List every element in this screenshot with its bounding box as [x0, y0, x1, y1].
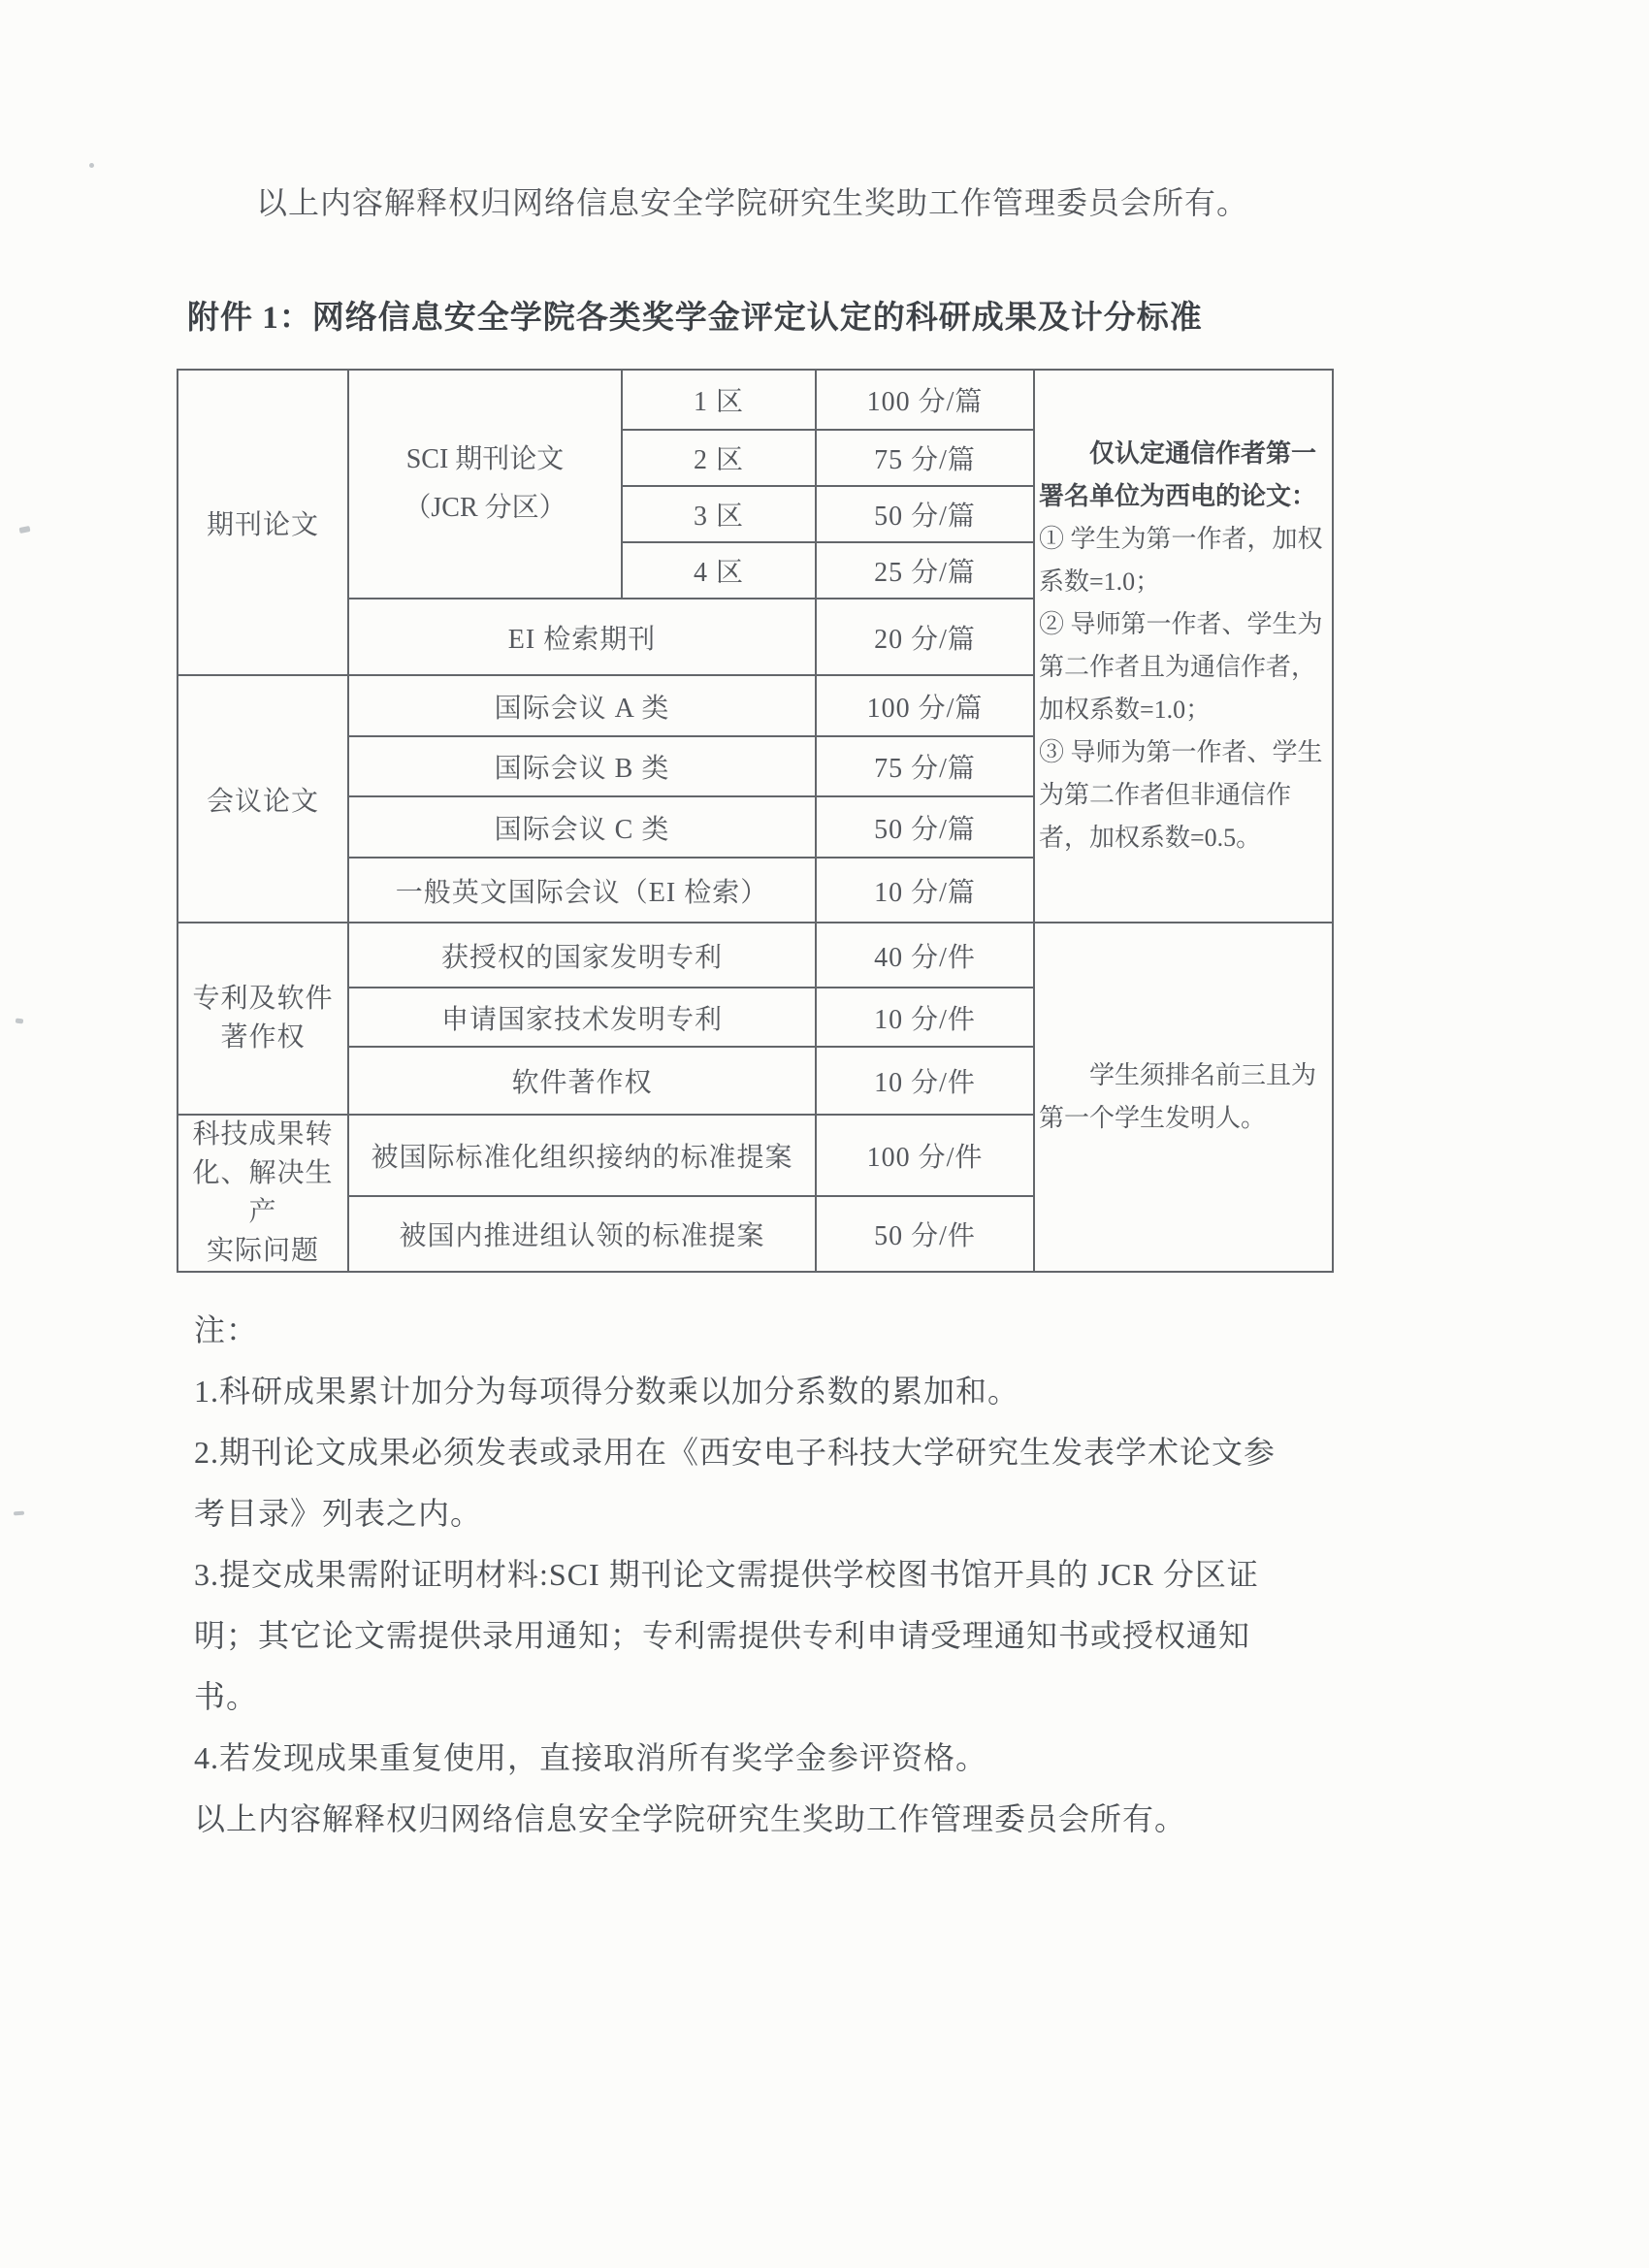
score-conference-a: 100 分/篇: [816, 675, 1034, 736]
journal-note-intro: 仅认定通信作者第一署名单位为西电的论文：: [1039, 433, 1328, 518]
journal-note-cell: 仅认定通信作者第一署名单位为西电的论文： ① 学生为第一作者，加权系数=1.0；…: [1034, 370, 1333, 923]
journal-note-item-3: ③ 导师为第一作者、学生为第二作者但非通信作者，加权系数=0.5。: [1039, 731, 1328, 859]
sci-jcr-group-cell: SCI 期刊论文 （JCR 分区）: [348, 370, 622, 599]
attachment-heading: 附件 1：网络信息安全学院各类奖学金评定认定的科研成果及计分标准: [187, 299, 1203, 338]
score-zone-1: 100 分/篇: [816, 370, 1034, 430]
category-tech-line: 科技成果转: [182, 1116, 343, 1154]
score-international-standard: 100 分/件: [816, 1115, 1034, 1196]
category-patent-line: 著作权: [182, 1019, 343, 1057]
notes-label: 注：: [194, 1300, 1292, 1361]
item-software-copyright: 软件著作权: [348, 1047, 816, 1115]
item-domestic-standard: 被国内推进组认领的标准提案: [348, 1196, 816, 1272]
jcr-zone-3: 3 区: [622, 486, 816, 542]
category-tech-line: 化、解决生产: [182, 1154, 343, 1232]
score-applied-patent: 10 分/件: [816, 988, 1034, 1047]
patent-note-text: 学生须排名前三且为第一个学生发明人。: [1039, 1054, 1328, 1140]
notes-section: 注： 1.科研成果累计加分为每项得分数乘以加分系数的累加和。 2.期刊论文成果必…: [194, 1300, 1292, 1850]
item-conference-b: 国际会议 B 类: [348, 736, 816, 796]
category-tech-line: 实际问题: [182, 1232, 343, 1271]
item-ei-journal: EI 检索期刊: [348, 599, 816, 675]
score-conference-b: 75 分/篇: [816, 736, 1034, 796]
patent-note: 学生须排名前三且为第一个学生发明人。: [1039, 1054, 1328, 1140]
patent-note-cell: 学生须排名前三且为第一个学生发明人。: [1034, 923, 1333, 1272]
category-patent-line: 专利及软件: [182, 980, 343, 1019]
item-granted-patent: 获授权的国家发明专利: [348, 923, 816, 988]
journal-note-item-2: ② 导师第一作者、学生为第二作者且为通信作者，加权系数=1.0；: [1039, 603, 1328, 731]
item-conference-general: 一般英文国际会议（EI 检索）: [348, 858, 816, 923]
score-zone-4: 25 分/篇: [816, 542, 1034, 599]
score-zone-3: 50 分/篇: [816, 486, 1034, 542]
score-conference-c: 50 分/篇: [816, 796, 1034, 858]
item-conference-c: 国际会议 C 类: [348, 796, 816, 858]
jcr-zone-1: 1 区: [622, 370, 816, 430]
scan-speck: [14, 1511, 24, 1516]
scan-speck: [18, 526, 30, 534]
category-journal-papers: 期刊论文: [178, 370, 348, 675]
item-conference-a: 国际会议 A 类: [348, 675, 816, 736]
sci-group-line: SCI 期刊论文: [353, 436, 617, 484]
score-ei-journal: 20 分/篇: [816, 599, 1034, 675]
ownership-statement-top: 以上内容解释权归网络信息安全学院研究生奖助工作管理委员会所有。: [256, 184, 1248, 221]
note-item-3: 3.提交成果需附证明材料:SCI 期刊论文需提供学校图书馆开具的 JCR 分区证…: [194, 1544, 1292, 1728]
note-item-4: 4.若发现成果重复使用，直接取消所有奖学金参评资格。: [194, 1728, 1292, 1789]
journal-note: 仅认定通信作者第一署名单位为西电的论文： ① 学生为第一作者，加权系数=1.0；…: [1039, 433, 1328, 859]
score-software-copyright: 10 分/件: [816, 1047, 1034, 1115]
item-applied-patent: 申请国家技术发明专利: [348, 988, 816, 1047]
table-row: 专利及软件 著作权 获授权的国家发明专利 40 分/件 学生须排名前三且为第一个…: [178, 923, 1333, 988]
note-item-2: 2.期刊论文成果必须发表或录用在《西安电子科技大学研究生发表学术论文参考目录》列…: [194, 1422, 1292, 1544]
research-score-table: 期刊论文 SCI 期刊论文 （JCR 分区） 1 区 100 分/篇 仅认定通信…: [177, 369, 1334, 1273]
jcr-zone-2: 2 区: [622, 430, 816, 486]
sci-group-line: （JCR 分区）: [353, 484, 617, 533]
score-domestic-standard: 50 分/件: [816, 1196, 1034, 1272]
score-conference-general: 10 分/篇: [816, 858, 1034, 923]
category-tech-transfer: 科技成果转 化、解决生产 实际问题: [178, 1115, 348, 1272]
scanned-document-page: 以上内容解释权归网络信息安全学院研究生奖助工作管理委员会所有。 附件 1：网络信…: [0, 0, 1649, 2268]
score-granted-patent: 40 分/件: [816, 923, 1034, 988]
scan-speck: [89, 163, 94, 168]
scan-speck: [16, 1018, 24, 1023]
table-row: 期刊论文 SCI 期刊论文 （JCR 分区） 1 区 100 分/篇 仅认定通信…: [178, 370, 1333, 430]
item-international-standard: 被国际标准化组织接纳的标准提案: [348, 1115, 816, 1196]
ownership-statement-bottom: 以上内容解释权归网络信息安全学院研究生奖助工作管理委员会所有。: [194, 1789, 1292, 1850]
jcr-zone-4: 4 区: [622, 542, 816, 599]
journal-note-item-1: ① 学生为第一作者，加权系数=1.0；: [1039, 518, 1328, 603]
score-zone-2: 75 分/篇: [816, 430, 1034, 486]
category-patent-software: 专利及软件 著作权: [178, 923, 348, 1115]
note-item-1: 1.科研成果累计加分为每项得分数乘以加分系数的累加和。: [194, 1361, 1292, 1422]
category-conference-papers: 会议论文: [178, 675, 348, 923]
